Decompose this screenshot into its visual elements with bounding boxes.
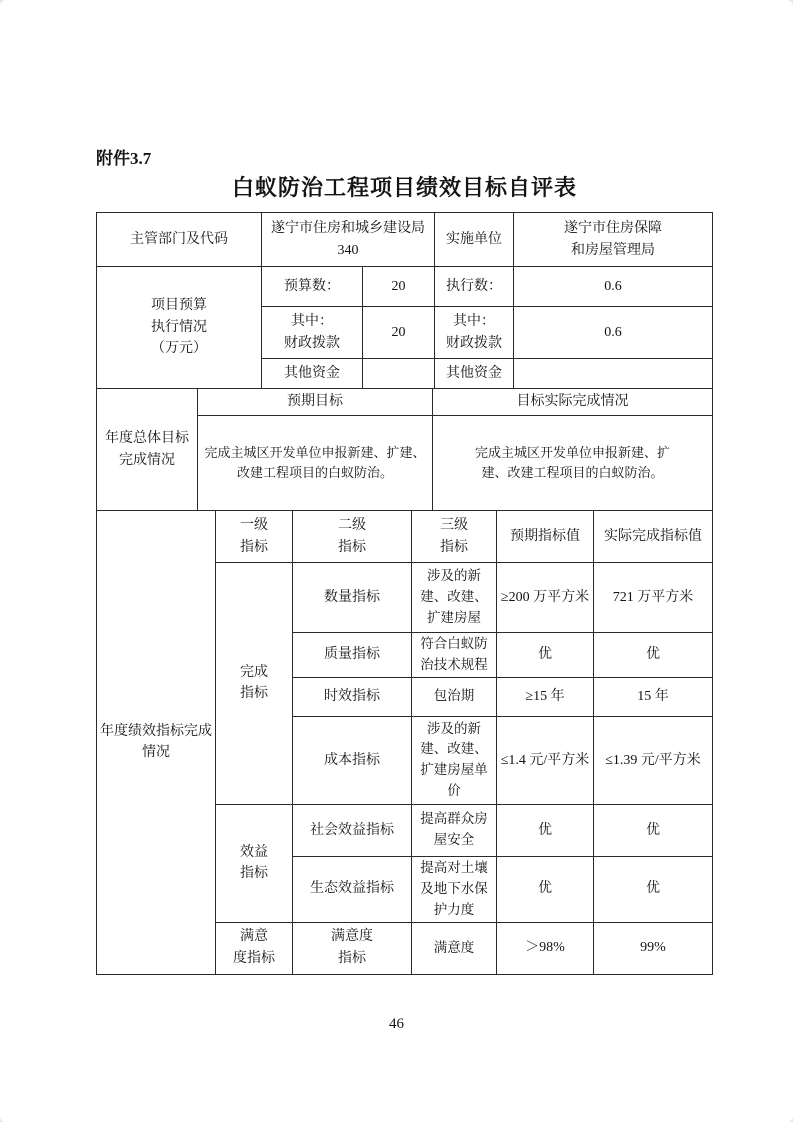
budget-section: 项目预算 执行情况 （万元） 预算数： 20 执行数： 0.6 其中： 财政拨款… [96,266,713,389]
social-actual: 优 [594,804,713,856]
execution-fiscal-value: 0.6 [514,307,713,359]
quality-expected: 优 [497,633,594,678]
unit-value-text: 遂宁市住房保障和房屋管理局 [562,218,665,261]
timeliness-expected: ≥15 年 [497,677,594,716]
unit-value-cell: 遂宁市住房保障和房屋管理局 [514,213,713,267]
quantity-l3: 涉及的新建、改建、扩建房屋 [412,563,497,633]
quantity-expected: ≥200 万平方米 [497,563,594,633]
expected-goal-header: 预期目标 [198,389,433,416]
social-l2: 社会效益指标 [293,804,412,856]
quality-actual: 优 [594,633,713,678]
social-l3: 提高群众房屋安全 [412,804,497,856]
info-section: 主管部门及代码 遂宁市住房和城乡建设局 340 实施单位 遂宁市住房保障和房屋管… [96,212,713,267]
group-benefit-cell: 效益 指标 [216,804,293,922]
budget-fiscal-label: 其中： 财政拨款 [262,307,363,359]
document-page: 附件3.7 白蚁防治工程项目绩效目标自评表 主管部门及代码 遂宁市住房和城乡建设… [0,0,793,1122]
quantity-l2: 数量指标 [293,563,412,633]
actual-goal-text: 完成主城区开发单位申报新建、扩建、改建工程项目的白蚁防治。 [433,416,713,511]
header-level3: 三级 指标 [412,511,497,563]
execution-fiscal-label: 其中： 财政拨款 [435,307,514,359]
group-completion-cell: 完成 指标 [216,563,293,805]
budget-other-value [363,359,435,389]
cost-l3: 涉及的新建、改建、扩建房屋单价 [412,716,497,804]
budget-fiscal-value: 20 [363,307,435,359]
page-title: 白蚁防治工程项目绩效目标自评表 [96,171,713,202]
attachment-label: 附件3.7 [96,144,151,169]
budget-amount-label: 预算数： [262,267,363,307]
cost-expected: ≤1.4 元/平方米 [497,716,594,804]
cost-actual: ≤1.39 元/平方米 [594,716,713,804]
execution-amount-value: 0.6 [514,267,713,307]
execution-other-label: 其他资金 [435,359,514,389]
actual-goal-header: 目标实际完成情况 [433,389,713,416]
satisfaction-l2: 满意度 指标 [293,922,412,974]
eco-l2: 生态效益指标 [293,856,412,922]
quality-l2: 质量指标 [293,633,412,678]
eco-actual: 优 [594,856,713,922]
quality-l3: 符合白蚁防治技术规程 [412,633,497,678]
expected-goal-text: 完成主城区开发单位申报新建、扩建、改建工程项目的白蚁防治。 [198,416,433,511]
overall-goal-label-cell: 年度总体目标 完成情况 [97,389,198,511]
dept-value-cell: 遂宁市住房和城乡建设局 340 [262,213,435,267]
timeliness-actual: 15 年 [594,677,713,716]
quantity-actual: 721 万平方米 [594,563,713,633]
timeliness-l2: 时效指标 [293,677,412,716]
satisfaction-l3: 满意度 [412,922,497,974]
indicators-label-cell: 年度绩效指标完成情况 [97,511,216,975]
header-level1: 一级 指标 [216,511,293,563]
timeliness-l3: 包治期 [412,677,497,716]
budget-label-cell: 项目预算 执行情况 （万元） [97,267,262,389]
dept-label-cell: 主管部门及代码 [97,213,262,267]
self-evaluation-table: 主管部门及代码 遂宁市住房和城乡建设局 340 实施单位 遂宁市住房保障和房屋管… [96,212,713,975]
budget-amount-value: 20 [363,267,435,307]
eco-expected: 优 [497,856,594,922]
page-number: 46 [0,1016,793,1033]
overall-goal-section: 年度总体目标 完成情况 预期目标 目标实际完成情况 完成主城区开发单位申报新建、… [96,388,713,511]
header-expected: 预期指标值 [497,511,594,563]
indicators-section: 年度绩效指标完成情况 一级 指标 二级 指标 三级 指标 预期指标值 实际完成指… [96,510,713,975]
unit-label-cell: 实施单位 [435,213,514,267]
actual-goal-text-inner: 完成主城区开发单位申报新建、扩建、改建工程项目的白蚁防治。 [473,443,673,483]
eco-l3: 提高对土壤及地下水保护力度 [412,856,497,922]
cost-l2: 成本指标 [293,716,412,804]
social-expected: 优 [497,804,594,856]
budget-other-label: 其他资金 [262,359,363,389]
header-level2: 二级 指标 [293,511,412,563]
execution-amount-label: 执行数： [435,267,514,307]
group-satisfaction-cell: 满意 度指标 [216,922,293,974]
satisfaction-expected: ＞98% [497,922,594,974]
satisfaction-actual: 99% [594,922,713,974]
execution-other-value [514,359,713,389]
header-actual: 实际完成指标值 [594,511,713,563]
